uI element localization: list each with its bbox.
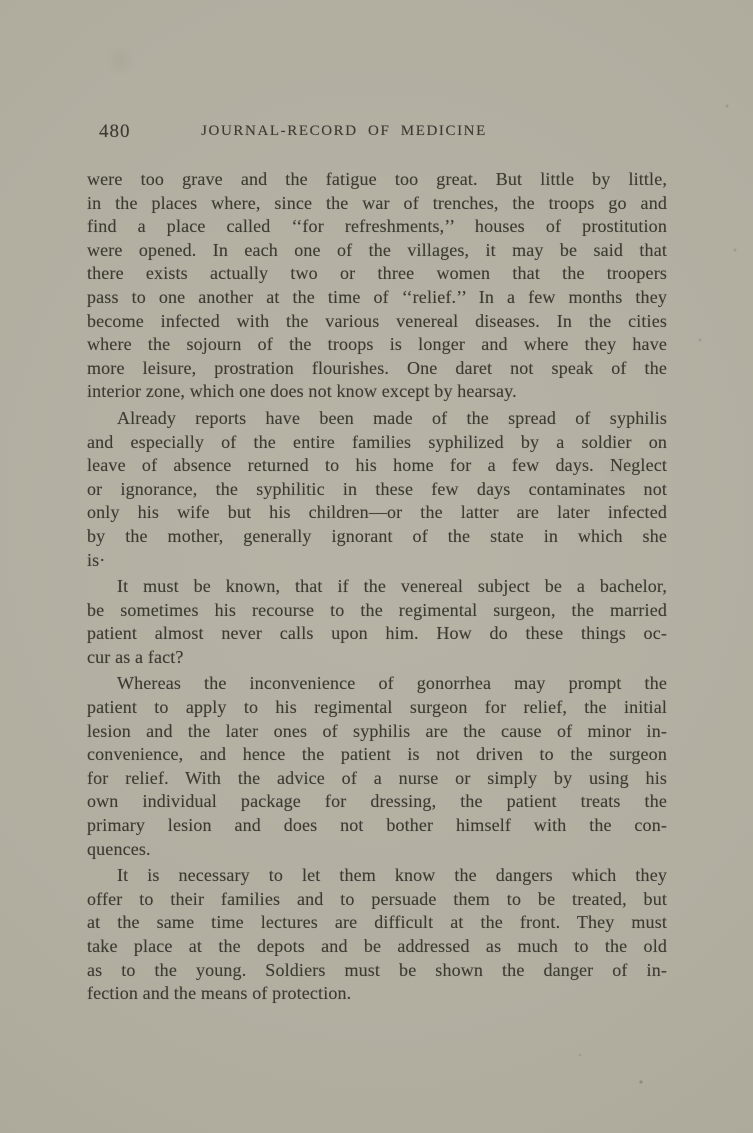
text-line: only his wife but his children—or the la… (87, 501, 667, 525)
text-line: were too grave and the fatigue too great… (87, 168, 667, 192)
text-line: for relief. With the advice of a nurse o… (87, 767, 667, 791)
page-body: were too grave and the fatigue too great… (87, 168, 667, 1009)
paragraph: Already reports have been made of the sp… (87, 407, 667, 572)
text-line: there exists actually two or three women… (87, 262, 667, 286)
scanned-book-page: 480 JOURNAL-RECORD OF MEDICINE were too … (0, 0, 753, 1133)
page-header: 480 JOURNAL-RECORD OF MEDICINE (87, 121, 667, 145)
text-line: by the mother, generally ignorant of the… (87, 525, 667, 549)
text-line: as to the young. Soldiers must be shown … (87, 959, 667, 983)
text-line: were opened. In each one of the villages… (87, 239, 667, 263)
text-line: It must be known, that if the venereal s… (87, 575, 667, 599)
text-line: find a place called ‘‘for refreshments,’… (87, 215, 667, 239)
journal-title: JOURNAL-RECORD OF MEDICINE (54, 123, 634, 140)
text-line: take place at the depots and be addresse… (87, 935, 667, 959)
text-line: interior zone, which one does not know e… (87, 380, 667, 404)
text-line: patient almost never calls upon him. How… (87, 622, 667, 646)
text-line: cur as a fact? (87, 646, 667, 670)
text-line: more leisure, prostration flourishes. On… (87, 357, 667, 381)
text-line: fection and the means of protection. (87, 982, 667, 1006)
text-line: become infected with the various venerea… (87, 310, 667, 334)
text-line: pass to one another at the time of ‘‘rel… (87, 286, 667, 310)
text-line: in the places where, since the war of tr… (87, 192, 667, 216)
paragraph: Whereas the inconvenience of gonorrhea m… (87, 672, 667, 861)
text-line: and especially of the entire families sy… (87, 431, 667, 455)
text-line: own individual package for dressing, the… (87, 790, 667, 814)
text-line: be sometimes his recourse to the regimen… (87, 599, 667, 623)
text-line: or ignorance, the syphilitic in these fe… (87, 478, 667, 502)
text-line: convenience, and hence the patient is no… (87, 743, 667, 767)
text-line: Whereas the inconvenience of gonorrhea m… (87, 672, 667, 696)
paragraph: It is necessary to let them know the dan… (87, 864, 667, 1006)
text-line: It is necessary to let them know the dan… (87, 864, 667, 888)
text-line: quences. (87, 838, 667, 862)
paragraph: It must be known, that if the venereal s… (87, 575, 667, 669)
paragraph: were too grave and the fatigue too great… (87, 168, 667, 404)
text-line: leave of absence returned to his home fo… (87, 454, 667, 478)
text-line: at the same time lectures are difficult … (87, 911, 667, 935)
text-line: is· (87, 549, 667, 573)
text-line: Already reports have been made of the sp… (87, 407, 667, 431)
text-line: patient to apply to his regimental surge… (87, 696, 667, 720)
text-line: primary lesion and does not bother himse… (87, 814, 667, 838)
text-line: lesion and the later ones of syphilis ar… (87, 720, 667, 744)
text-line: offer to their families and to persuade … (87, 888, 667, 912)
text-line: where the sojourn of the troops is longe… (87, 333, 667, 357)
